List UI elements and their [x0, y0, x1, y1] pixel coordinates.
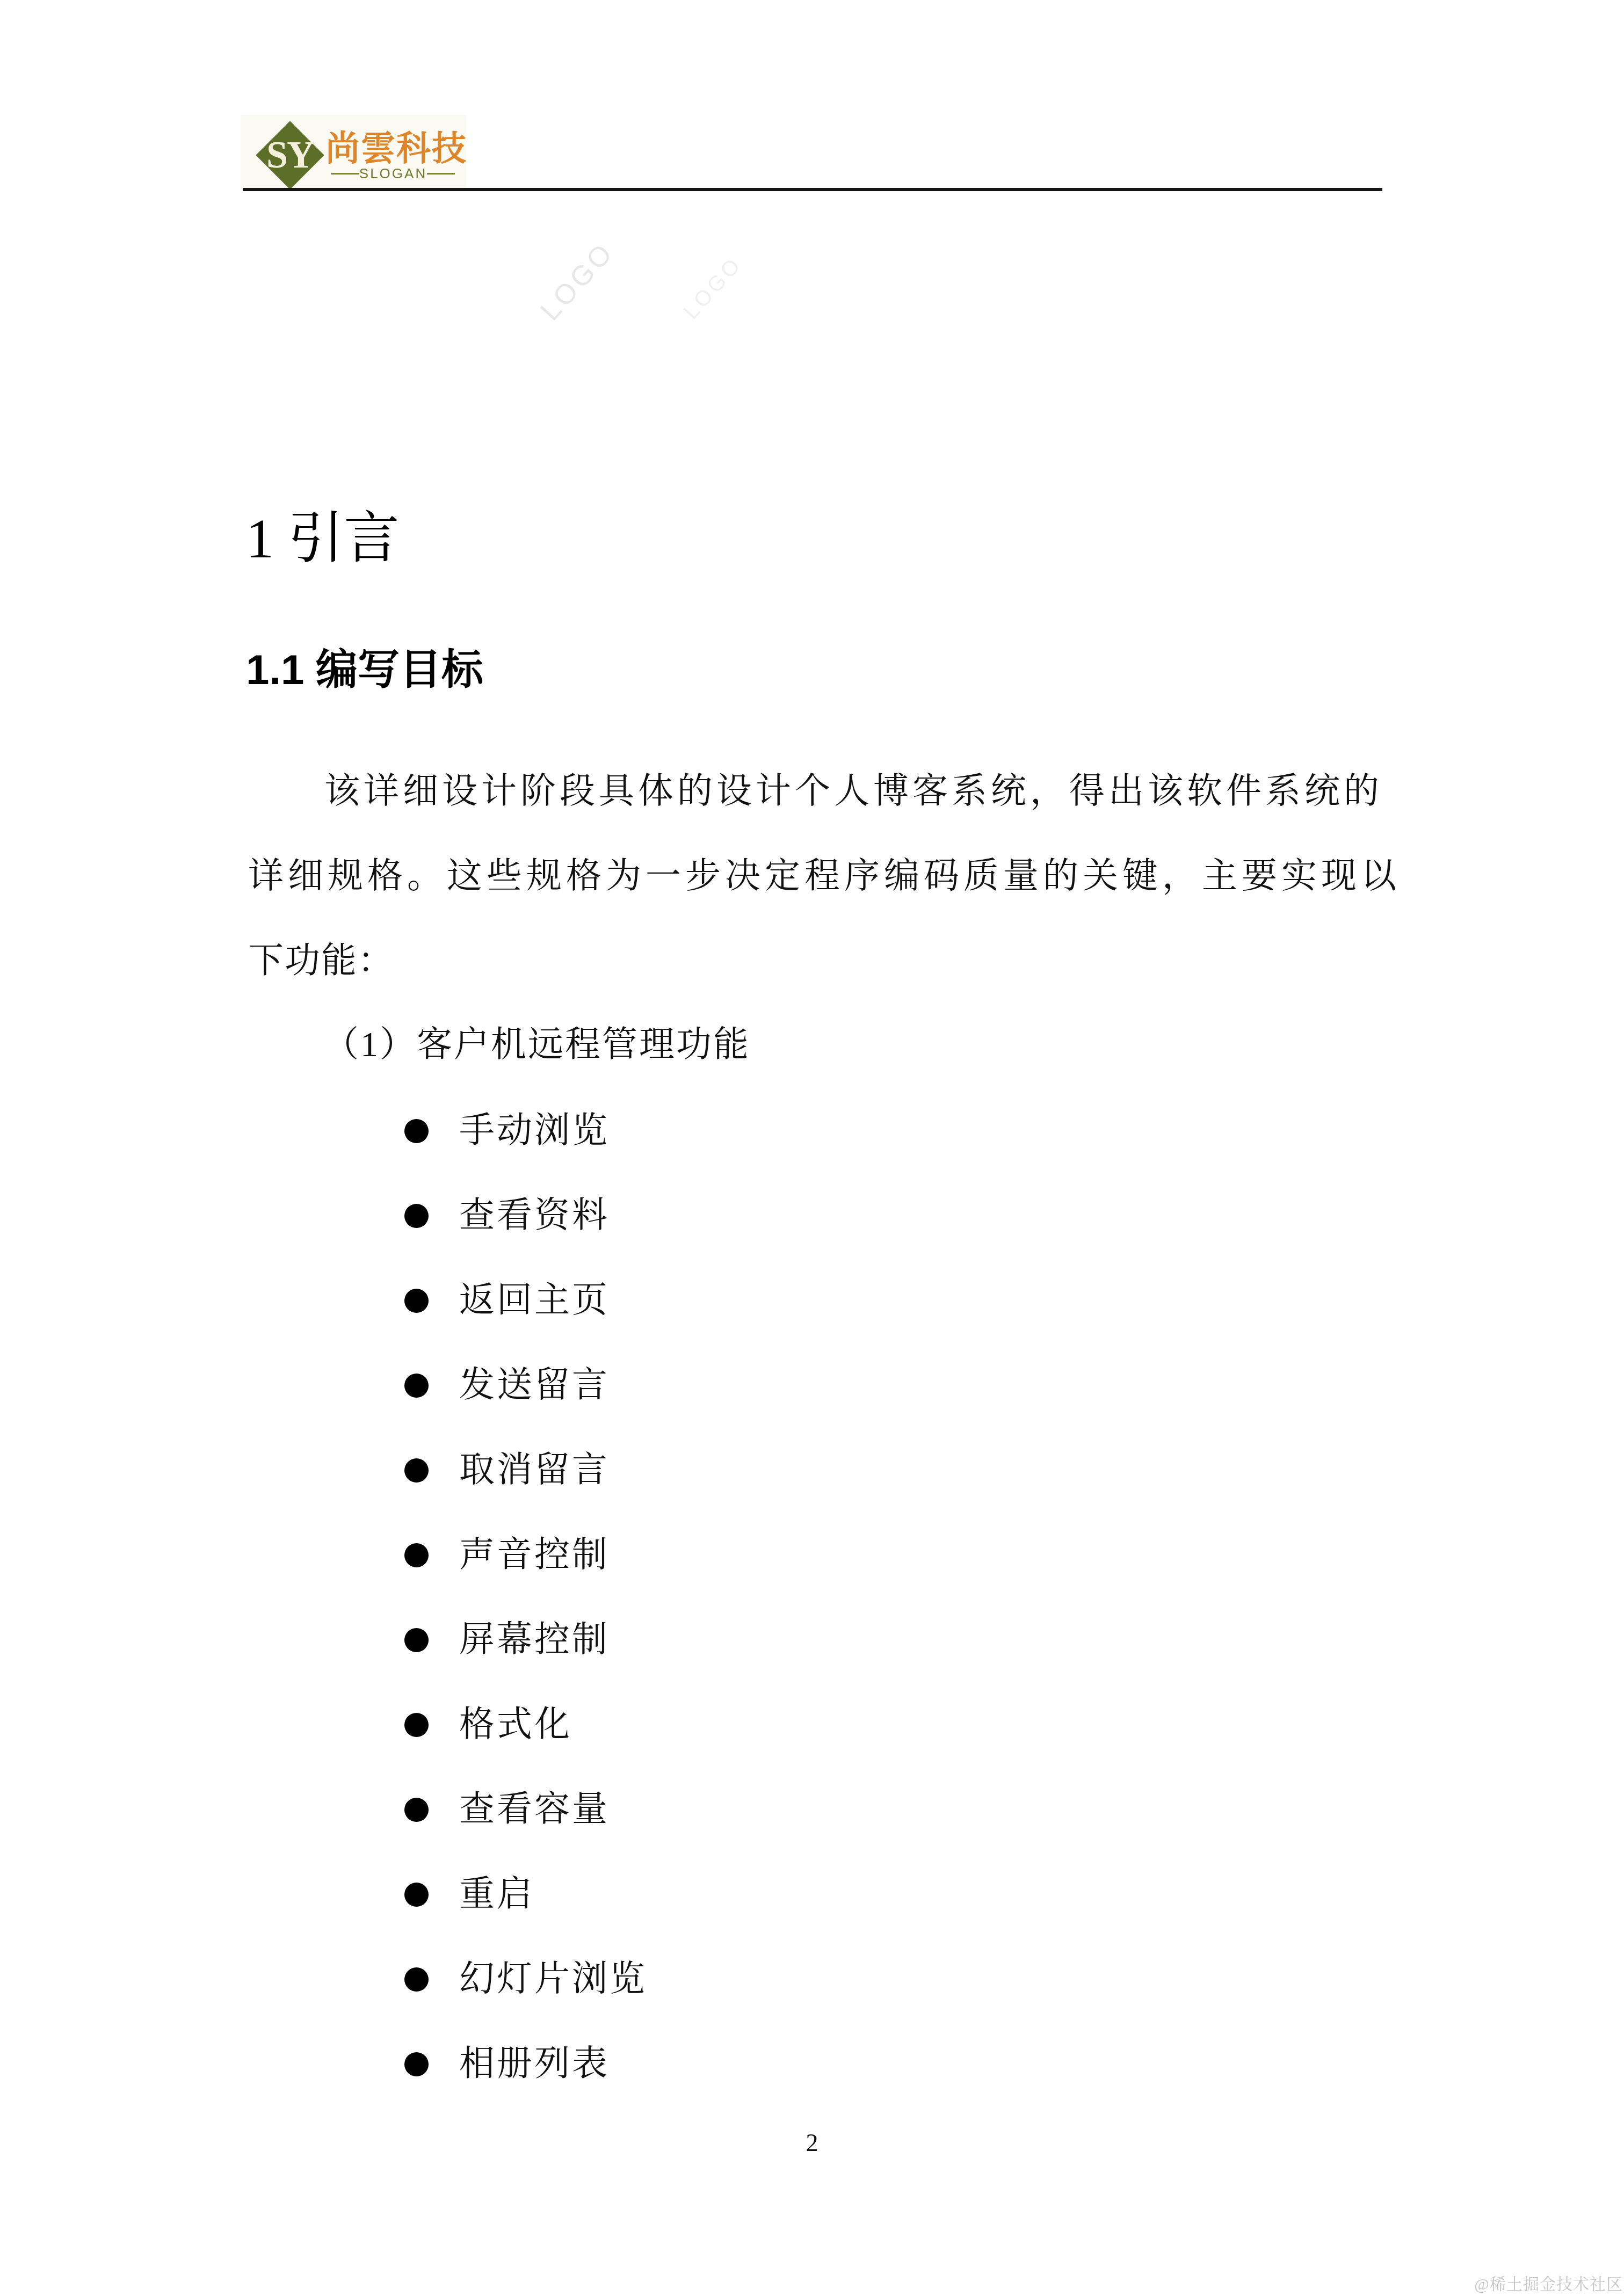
list-item: 返回主页	[404, 1258, 647, 1343]
list-item-label: 发送留言	[459, 1366, 610, 1405]
paragraph-line: 该详细设计阶段具体的设计个人博客系统，得出该软件系统的	[324, 772, 1383, 811]
bullet-icon	[404, 1543, 429, 1567]
list-item-label: 幻灯片浏览	[459, 1960, 647, 1999]
feature-bullet-list: 手动浏览 查看资料 返回主页 发送留言 取消留言 声音控制 屏幕控制 格式化 查…	[404, 1088, 647, 2106]
slogan-right-line	[427, 173, 455, 175]
bullet-icon	[404, 1628, 429, 1652]
logo-company-name: 尚雲科技	[325, 131, 467, 166]
list-item: 重启	[404, 1852, 647, 1937]
slogan-left-line	[331, 173, 359, 175]
bullet-icon	[404, 1119, 429, 1143]
list-item-label: 查看容量	[459, 1790, 610, 1829]
document-page: LOGO LOGO SY 尚雲科技 SLOGAN 1 引言 1.1 编写目标 该…	[0, 0, 1624, 2296]
bullet-icon	[404, 1883, 429, 1907]
paragraph-line: 详细规格。这些规格为一步决定程序编码质量的关键，主要实现以	[248, 857, 1401, 896]
list-item: 取消留言	[404, 1428, 647, 1513]
list-item-label: 手动浏览	[459, 1111, 610, 1150]
list-item-label: 屏幕控制	[459, 1621, 610, 1659]
list-item: 查看资料	[404, 1173, 647, 1258]
chapter-heading: 1 引言	[246, 509, 400, 569]
numbered-item: （1）客户机远程管理功能	[323, 1026, 750, 1064]
list-item: 幻灯片浏览	[404, 1937, 647, 2022]
list-item: 声音控制	[404, 1513, 647, 1597]
section-heading: 1.1 编写目标	[246, 646, 483, 693]
list-item: 手动浏览	[404, 1088, 647, 1173]
logo-slogan-row: SLOGAN	[331, 167, 455, 180]
list-item-label: 重启	[459, 1875, 534, 1914]
list-item-label: 格式化	[459, 1705, 572, 1744]
bullet-icon	[404, 1967, 429, 1992]
list-item-label: 相册列表	[459, 2045, 610, 2083]
bullet-icon	[404, 1798, 429, 1822]
bullet-icon	[404, 1458, 429, 1483]
bullet-icon	[404, 1289, 429, 1313]
header-divider	[243, 188, 1382, 191]
paragraph-line: 下功能：	[248, 942, 394, 980]
list-item-label: 声音控制	[459, 1536, 610, 1574]
bullet-icon	[404, 1374, 429, 1398]
list-item: 屏幕控制	[404, 1597, 647, 1682]
list-item-label: 取消留言	[459, 1451, 610, 1490]
list-item: 查看容量	[404, 1767, 647, 1852]
list-item-label: 返回主页	[459, 1281, 610, 1320]
list-item: 相册列表	[404, 2022, 647, 2106]
page-number: 2	[0, 2130, 1624, 2156]
list-item: 格式化	[404, 1682, 647, 1767]
list-item-label: 查看资料	[459, 1196, 610, 1235]
bullet-icon	[404, 1204, 429, 1228]
site-watermark: @稀土掘金技术社区	[1474, 2276, 1623, 2294]
bullet-icon	[404, 1713, 429, 1737]
bullet-icon	[404, 2052, 429, 2076]
logo-slogan-text: SLOGAN	[359, 166, 427, 180]
logo-stock-watermark: LOGO	[534, 236, 621, 327]
list-item: 发送留言	[404, 1343, 647, 1428]
logo-monogram: SY	[262, 135, 318, 174]
logo-stock-watermark: LOGO	[679, 252, 747, 324]
